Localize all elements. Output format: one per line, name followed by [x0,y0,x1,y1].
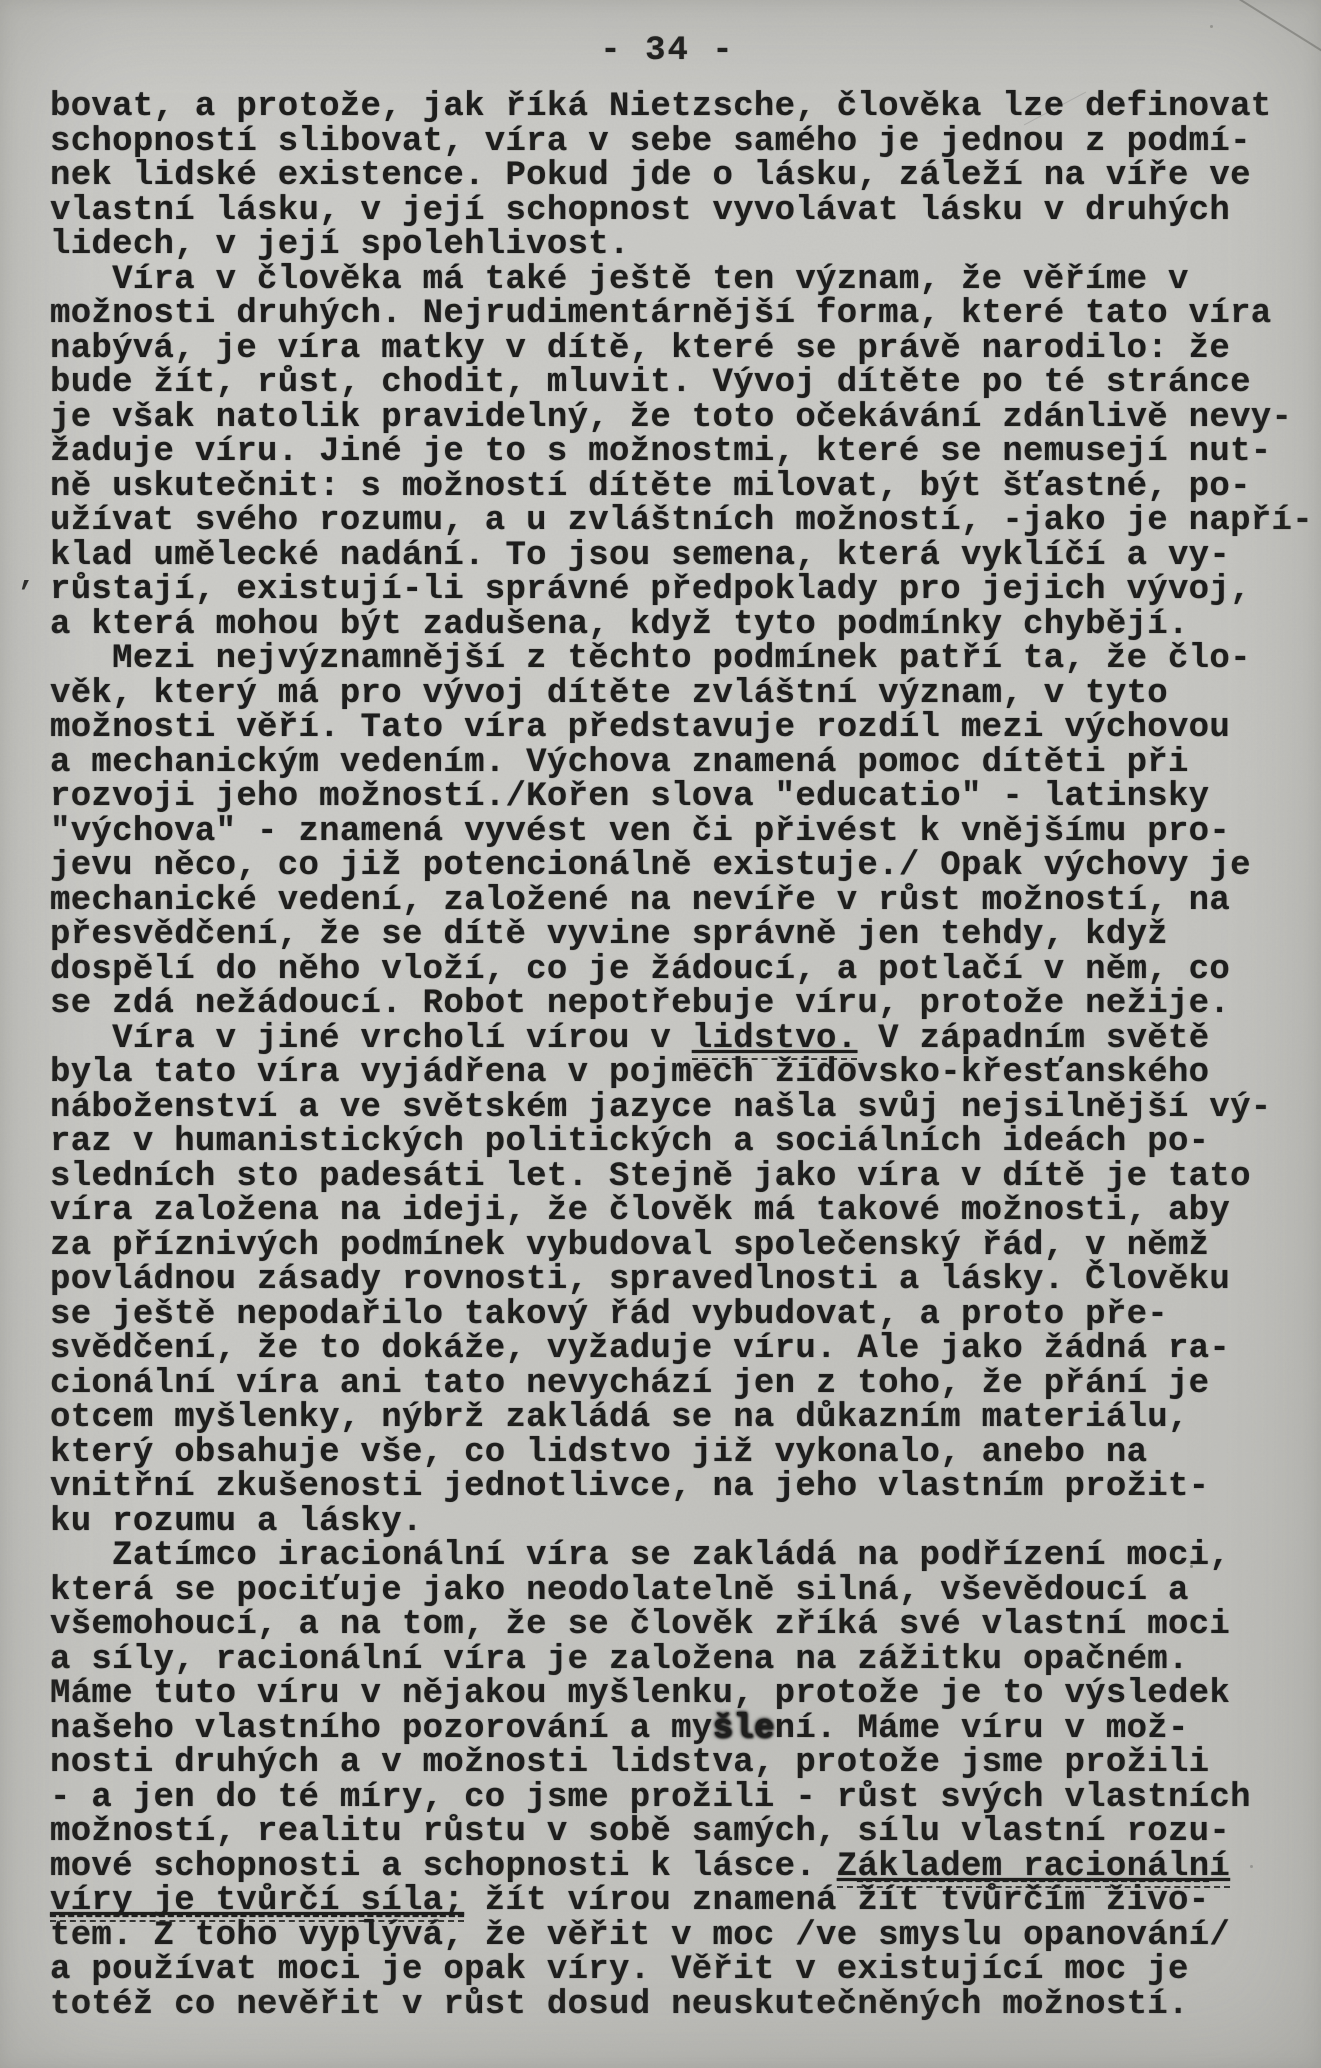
text-line: vnitřní zkušenosti jednotlivce, na jeho … [0,1470,1321,1505]
text-line: povládnou zásady rovnosti, spravedlnosti… [0,1263,1321,1298]
text-line: otcem myšlenky, nýbrž zakládá se na důka… [0,1401,1321,1436]
text-segment: povládnou zásady rovnosti, spravedlnosti… [50,1261,1230,1299]
text-segment: bovat, a protože, jak říká Nietzsche, čl… [50,88,1272,126]
text-line: víry je tvůrčí síla; žít vírou znamená ž… [0,1884,1321,1919]
text-segment: mechanické vedení, založené na nevíře v … [50,882,1230,920]
text-line: totéž co nevěřit v růst dosud neuskutečn… [0,1988,1321,2023]
text-line: a síly, racionální víra je založena na z… [0,1643,1321,1678]
text-line: možností, realitu růstu v sobě samých, s… [0,1815,1321,1850]
text-segment: nek lidské existence. Pokud jde o lásku,… [50,157,1251,195]
text-segment: vnitřní zkušenosti jednotlivce, na jeho … [50,1468,1209,1506]
text-line: vlastní lásku, v její schopnost vyvoláva… [0,194,1321,229]
text-segment: se ještě nepodařilo takový řád vybudovat… [50,1296,1168,1334]
text-segment: nosti druhých a v možnosti lidstva, prot… [50,1744,1209,1782]
text-segment: Máme tuto víru v nějakou myšlenku, proto… [50,1675,1230,1713]
text-line: raz v humanistických politických a sociá… [0,1125,1321,1160]
text-line: rozvoji jeho možností./Kořen slova "educ… [0,780,1321,815]
overlined-text: tem. Z toho vyplývá, [50,1917,464,1955]
text-line: za příznivých podmínek vybudoval společe… [0,1229,1321,1264]
text-segment: že věřit v moc /ve smyslu opanování/ [464,1917,1230,1955]
text-segment: - a jen do té míry, co jsme prožili - rů… [50,1779,1251,1817]
text-segment: "výchova" - znamená vyvést ven či přivés… [50,813,1230,851]
text-segment: se zdá nežádoucí. Robot nepotřebuje víru… [50,985,1230,1023]
text-segment: lidech, v její spolehlivost. [50,226,630,264]
text-segment: mové schopnosti a schopnosti k lásce. [50,1848,837,1886]
text-line: možnosti druhých. Nejrudimentárnější for… [0,297,1321,332]
text-line: Víra v jiné vrcholí vírou v lidstvo. V z… [0,1022,1321,1057]
text-segment: který obsahuje vše, co lidstvo již vykon… [50,1434,1147,1472]
text-line: jevu něco, co již potencionálně existuje… [0,849,1321,884]
text-line: přesvědčení, že se dítě vyvine správně j… [0,918,1321,953]
text-segment: Mezi nejvýznamnější z těchto podmínek pa… [50,640,1251,678]
text-segment: je však natolik pravidelný, že toto oček… [50,399,1292,437]
text-segment: za příznivých podmínek vybudoval společe… [50,1227,1209,1265]
text-line: nek lidské existence. Pokud jde o lásku,… [0,159,1321,194]
text-line: mechanické vedení, založené na nevíře v … [0,884,1321,919]
text-line: sledních sto padesáti let. Stejně jako v… [0,1160,1321,1195]
text-segment: a mechanickým vedením. Výchova znamená p… [50,744,1189,782]
text-line: našeho vlastního pozorování a myšlení. M… [0,1712,1321,1747]
text-line: "výchova" - znamená vyvést ven či přivés… [0,815,1321,850]
text-segment: možnosti druhých. Nejrudimentárnější for… [50,295,1272,333]
text-segment: užívat svého rozumu, a u zvláštních možn… [50,502,1313,540]
text-segment: možnosti věří. Tato víra představuje roz… [50,709,1230,747]
text-line: - a jen do té míry, co jsme prožili - rů… [0,1781,1321,1816]
text-segment: sledních sto padesáti let. Stejně jako v… [50,1158,1251,1196]
text-segment: a síly, racionální víra je založena na z… [50,1641,1189,1679]
text-segment: víra založena na ideji, že člověk má tak… [50,1192,1230,1230]
text-line: nosti druhých a v možnosti lidstva, prot… [0,1746,1321,1781]
text-segment: V západním světě [857,1020,1209,1058]
page-number: - 34 - [0,32,1321,70]
text-segment: růstají, existují-li správné předpoklady… [50,571,1251,609]
text-line: užívat svého rozumu, a u zvláštních možn… [0,504,1321,539]
text-line: svědčení, že to dokáže, vyžaduje víru. A… [0,1332,1321,1367]
text-segment: Zatímco iracionální víra se zakládá na p… [50,1537,1230,1575]
text-segment: Víra v člověka má také ještě ten význam,… [50,261,1189,299]
text-segment: věk, který má pro vývoj dítěte zvláštní … [50,675,1168,713]
text-segment: vlastní lásku, v její schopnost vyvoláva… [50,192,1230,230]
text-line: lidech, v její spolehlivost. [0,228,1321,263]
text-line: se zdá nežádoucí. Robot nepotřebuje víru… [0,987,1321,1022]
text-segment: bude žít, růst, chodit, mluvit. Vývoj dí… [50,364,1251,402]
text-segment: cionální víra ani tato nevychází jen z t… [50,1365,1209,1403]
text-line: klad umělecké nadání. To jsou semena, kt… [0,539,1321,574]
text-line: Mezi nejvýznamnější z těchto podmínek pa… [0,642,1321,677]
document-text: bovat, a protože, jak říká Nietzsche, čl… [0,90,1321,2022]
text-line: schopností slibovat, víra v sebe samého … [0,125,1321,160]
text-line: nabývá, je víra matky v dítě, které se p… [0,332,1321,367]
text-line: dospělí do něho vloží, co je žádoucí, a … [0,953,1321,988]
text-segment: Víra v jiné vrcholí vírou v [50,1020,692,1058]
text-line: který obsahuje vše, co lidstvo již vykon… [0,1436,1321,1471]
text-segment: žaduje víru. Jiné je to s možnostmi, kte… [50,433,1272,471]
text-line: a která mohou být zadušena, když tyto po… [0,608,1321,643]
text-line: Zatímco iracionální víra se zakládá na p… [0,1539,1321,1574]
text-segment: byla tato víra vyjádřena v pojmech židov… [50,1054,1209,1092]
text-line: je však natolik pravidelný, že toto oček… [0,401,1321,436]
text-segment: totéž co nevěřit v růst dosud neuskutečn… [50,1986,1189,2024]
text-line: která se pociťuje jako neodolatelně siln… [0,1574,1321,1609]
text-line: ně uskutečnit: s možností dítěte milovat… [0,470,1321,505]
text-line: mové schopnosti a schopnosti k lásce. Zá… [0,1850,1321,1885]
text-segment: možností, realitu růstu v sobě samých, s… [50,1813,1230,1851]
text-segment: jevu něco, co již potencionálně existuje… [50,847,1251,885]
smudged-text: šle [713,1710,775,1748]
text-segment: žít vírou znamená [464,1882,857,1920]
text-segment: přesvědčení, že se dítě vyvine správně j… [50,916,1168,954]
text-line: víra založena na ideji, že člověk má tak… [0,1194,1321,1229]
text-line: Víra v člověka má také ještě ten význam,… [0,263,1321,298]
text-segment: dospělí do něho vloží, co je žádoucí, a … [50,951,1230,989]
text-line: ku rozumu a lásky. [0,1505,1321,1540]
text-line: náboženství a ve světském jazyce našla s… [0,1091,1321,1126]
text-segment: našeho vlastního pozorování a my [50,1710,713,1748]
text-line: věk, který má pro vývoj dítěte zvláštní … [0,677,1321,712]
text-segment: otcem myšlenky, nýbrž zakládá se na důka… [50,1399,1189,1437]
text-line: a mechanickým vedením. Výchova znamená p… [0,746,1321,781]
text-segment: ně uskutečnit: s možností dítěte milovat… [50,468,1251,506]
text-segment: ní. Máme víru v mož- [775,1710,1189,1748]
text-line: se ještě nepodařilo takový řád vybudovat… [0,1298,1321,1333]
text-segment: a která mohou být zadušena, když tyto po… [50,606,1189,644]
text-line: cionální víra ani tato nevychází jen z t… [0,1367,1321,1402]
text-segment: a používat moci je opak víry. Věřit v ex… [50,1951,1189,1989]
text-segment: všemohoucí, a na tom, že se člověk zříká… [50,1606,1230,1644]
text-segment: ku rozumu a lásky. [50,1503,423,1541]
text-line: žaduje víru. Jiné je to s možnostmi, kte… [0,435,1321,470]
text-segment: svědčení, že to dokáže, vyžaduje víru. A… [50,1330,1230,1368]
text-line: byla tato víra vyjádřena v pojmech židov… [0,1056,1321,1091]
text-line: a používat moci je opak víry. Věřit v ex… [0,1953,1321,1988]
scanned-page: - 34 - , bovat, a protože, jak říká Niet… [0,0,1321,2068]
text-line: tem. Z toho vyplývá, že věřit v moc /ve … [0,1919,1321,1954]
text-segment: nabývá, je víra matky v dítě, které se p… [50,330,1230,368]
text-segment: rozvoji jeho možností./Kořen slova "educ… [50,778,1209,816]
text-line: možnosti věří. Tato víra představuje roz… [0,711,1321,746]
text-segment: klad umělecké nadání. To jsou semena, kt… [50,537,1230,575]
text-line: bovat, a protože, jak říká Nietzsche, čl… [0,90,1321,125]
text-segment: náboženství a ve světském jazyce našla s… [50,1089,1272,1127]
overlined-text: žít tvůrčím živo- [857,1882,1209,1920]
text-line: všemohoucí, a na tom, že se člověk zříká… [0,1608,1321,1643]
text-line: Máme tuto víru v nějakou myšlenku, proto… [0,1677,1321,1712]
text-segment: schopností slibovat, víra v sebe samého … [50,123,1251,161]
text-segment: která se pociťuje jako neodolatelně siln… [50,1572,1189,1610]
text-line: růstají, existují-li správné předpoklady… [0,573,1321,608]
text-line: bude žít, růst, chodit, mluvit. Vývoj dí… [0,366,1321,401]
text-segment: raz v humanistických politických a sociá… [50,1123,1209,1161]
